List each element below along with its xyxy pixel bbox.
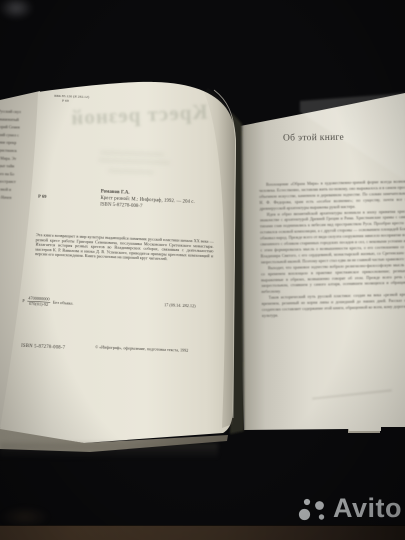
formula-fraction: 4700000000 070(01)-92 bbox=[27, 296, 51, 307]
formula-prefix: Р bbox=[22, 298, 25, 303]
avito-watermark: Avito bbox=[294, 492, 402, 524]
fragment-line: на Начен bbox=[0, 193, 34, 202]
avito-wordmark: Avito bbox=[333, 493, 402, 524]
showthrough-title: Крест резной bbox=[49, 100, 209, 149]
about-paragraph: Выходит, что храмовое зодчество вобрало … bbox=[261, 261, 405, 295]
formula-suffix: Без объявл. bbox=[53, 300, 74, 306]
annotation-paragraph: Эта книга возвращает в мир культуры выда… bbox=[34, 233, 214, 288]
about-book-heading: Об этой книге bbox=[283, 132, 373, 143]
book-bottom-shadow bbox=[0, 443, 218, 459]
about-paragraph: Таков исторический путь русской пластики… bbox=[261, 291, 405, 319]
photo-scene: ББК 85.126 (Я 282.12) Р 69 Крест резной … bbox=[0, 0, 405, 540]
about-paragraph: Идея и образ византийской архитектуры во… bbox=[260, 208, 405, 265]
table-edge bbox=[0, 525, 405, 540]
about-paragraph: Воплощение «Образа Мира» в художественно… bbox=[259, 178, 405, 212]
corner-print-code: 17 (09.14. 282.12) bbox=[164, 302, 206, 313]
margin-author-code: Р 69 bbox=[38, 194, 60, 205]
avito-logo-icon bbox=[294, 492, 332, 524]
bibliographic-entry: Романов Г.А. Крест резной: М.: Инфограф,… bbox=[99, 188, 219, 232]
about-book-text: Воплощение «Образа Мира» в художественно… bbox=[259, 178, 405, 456]
formula-denominator: 070(01)-92 bbox=[27, 301, 50, 307]
underpage-text-fragments: Русский скул знаменитый горий Семен ший … bbox=[0, 108, 36, 296]
